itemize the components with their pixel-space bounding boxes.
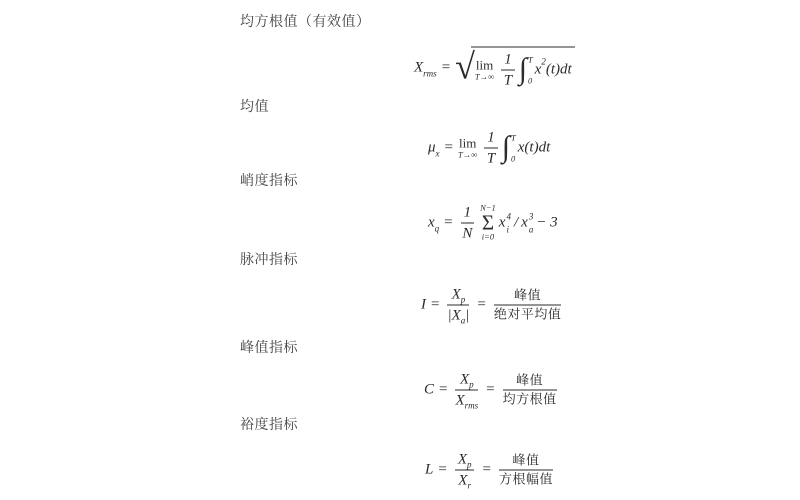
formula-rms: X rms = √ lim T→∞ 1 T ∫ T 0 x 2 <box>414 47 575 90</box>
fraction-chinese: 峰值 方根幅值 <box>499 453 553 487</box>
integrand-var: x <box>535 62 542 79</box>
formula-mean: μ x = lim T→∞ 1 T ∫ T 0 x (t)dt <box>428 129 550 168</box>
lhs-subscript: rms <box>423 69 437 79</box>
fraction-numerator: Xp <box>447 286 469 306</box>
minus-three: − 3 <box>536 215 557 232</box>
lhs-symbol: X rms <box>414 60 437 77</box>
equals-sign: = <box>439 382 447 399</box>
den-var: X <box>458 472 467 490</box>
integral-bounds: T 0 <box>511 133 516 163</box>
integral: ∫ T 0 <box>519 55 533 85</box>
fraction-chinese: 峰值 绝对平均值 <box>494 288 562 322</box>
den-var: X <box>455 392 464 410</box>
term-exponent: 4 <box>506 211 511 223</box>
den-var: X <box>452 307 461 325</box>
formula-impulse: I = Xp | Xa | = 峰值 绝对平均值 <box>421 286 564 325</box>
num-subscript: p <box>467 460 472 471</box>
lhs-var: x <box>428 215 435 232</box>
lhs-var: L <box>425 462 433 479</box>
equals-sign: = <box>431 297 439 314</box>
num-subscript: p <box>469 380 474 391</box>
fraction-numerator-text: 峰值 <box>494 288 562 306</box>
lhs-subscript: x <box>436 149 440 159</box>
section-label-crest: 峰值指标 <box>240 337 298 357</box>
integral-icon: ∫ <box>502 134 510 163</box>
formula-crest: C = Xp Xrms = 峰值 均方根值 <box>424 371 560 410</box>
num-var: X <box>458 451 467 469</box>
fraction-denominator-text: 均方根值 <box>503 391 557 408</box>
fraction-denominator: T <box>487 149 495 168</box>
term-var: x <box>499 215 506 232</box>
num-var: X <box>452 286 461 304</box>
section-label-impulse: 脉冲指标 <box>240 249 298 269</box>
limit-operator: lim T→∞ <box>458 137 477 160</box>
summation-operator: N−1 Σ i=0 <box>480 204 496 243</box>
fraction-numerator: Xp <box>455 371 478 391</box>
equals-sign: = <box>477 297 485 314</box>
term-xi4: x 4 i <box>499 211 511 235</box>
section-label-rms: 均方根值（有效值） <box>240 11 371 31</box>
equals-sign: = <box>438 462 446 479</box>
fraction-one-over-T: 1 T <box>484 129 498 168</box>
fraction-symbolic: Xp | Xa | <box>447 286 469 325</box>
equals-sign: = <box>482 462 490 479</box>
fraction-one-over-T: 1 T <box>501 51 515 90</box>
lhs-var: X <box>414 60 423 77</box>
term-scripts: 3 a <box>529 211 534 235</box>
lhs-var: C <box>424 382 434 399</box>
fraction-symbolic: Xp Xrms <box>455 371 478 410</box>
lhs-symbol: μ x <box>428 140 440 157</box>
fraction-denominator: T <box>504 71 512 90</box>
integrand-tail: (t)dt <box>524 140 550 157</box>
integral-icon: ∫ <box>519 56 527 85</box>
lim-word: lim <box>476 59 493 73</box>
den-subscript: rms <box>465 401 479 412</box>
integrand: x 2 <box>535 62 546 79</box>
lhs-var: I <box>421 297 426 314</box>
fraction-denominator: N <box>462 224 472 243</box>
integral-lower-bound: 0 <box>528 77 533 86</box>
den-subscript: r <box>467 481 471 492</box>
equals-sign: = <box>445 140 453 157</box>
lhs-subscript: q <box>435 224 440 234</box>
integral-upper-bound: T <box>511 133 516 142</box>
den-subscript: a <box>461 316 466 327</box>
term-xa3: x 3 a <box>521 211 533 235</box>
lim-word: lim <box>459 137 476 151</box>
section-label-kurtosis: 峭度指标 <box>240 170 298 190</box>
formula-margin: L = Xp Xr = 峰值 方根幅值 <box>425 451 556 490</box>
integral-lower-bound: 0 <box>511 155 516 164</box>
fraction-denominator-text: 绝对平均值 <box>494 306 562 323</box>
term-subscript: a <box>529 223 534 235</box>
equals-sign: = <box>442 60 450 77</box>
fraction-numerator: Xp <box>455 451 475 471</box>
integral-upper-bound: T <box>528 55 533 64</box>
fraction-denominator: | Xa | <box>447 306 469 325</box>
fraction-numerator: 1 <box>484 129 498 149</box>
fraction-numerator: 1 <box>461 204 475 224</box>
integrand-tail: (t)dt <box>546 62 572 79</box>
num-var: X <box>460 371 469 389</box>
fraction-symbolic: Xp Xr <box>455 451 475 490</box>
fraction-denominator: Xr <box>458 471 471 490</box>
limit-operator: lim T→∞ <box>475 59 494 82</box>
integral: ∫ T 0 <box>502 133 516 163</box>
num-subscript: p <box>461 295 466 306</box>
term-exponent: 3 <box>529 211 534 223</box>
integral-bounds: T 0 <box>528 55 533 85</box>
divide-slash: / <box>514 215 518 232</box>
summation-lower-bound: i=0 <box>482 233 494 242</box>
fraction-numerator-text: 峰值 <box>499 453 553 471</box>
equals-sign: = <box>444 215 452 232</box>
equals-sign: = <box>486 382 494 399</box>
fraction-denominator: Xrms <box>455 391 478 410</box>
fraction-denominator-text: 方根幅值 <box>499 471 553 488</box>
fraction-chinese: 峰值 均方根值 <box>503 373 557 407</box>
radicand: lim T→∞ 1 T ∫ T 0 x 2 (t)dt <box>471 47 575 90</box>
integrand-exponent: 2 <box>541 57 546 67</box>
lim-subscript: T→∞ <box>475 72 494 81</box>
section-label-mean: 均值 <box>240 96 269 116</box>
lhs-var: μ <box>428 140 436 157</box>
sigma-icon: Σ <box>482 213 494 233</box>
abs-bar-right: | <box>465 307 469 325</box>
fraction-numerator: 1 <box>501 51 515 71</box>
section-label-margin: 裕度指标 <box>240 414 298 434</box>
term-subscript: i <box>506 223 511 235</box>
formula-kurtosis: x q = 1 N N−1 Σ i=0 x 4 i / x 3 a − <box>428 204 558 243</box>
fraction-numerator-text: 峰值 <box>503 373 557 391</box>
document-page: 均方根值（有效值） 均值 峭度指标 脉冲指标 峰值指标 裕度指标 X rms =… <box>0 0 800 500</box>
lim-subscript: T→∞ <box>458 150 477 159</box>
term-scripts: 4 i <box>506 211 511 235</box>
fraction-one-over-N: 1 N <box>461 204 475 243</box>
term-var: x <box>521 215 528 232</box>
lhs-symbol: x q <box>428 215 439 232</box>
radical-icon: √ <box>455 48 475 84</box>
integrand-var: x <box>518 140 525 157</box>
